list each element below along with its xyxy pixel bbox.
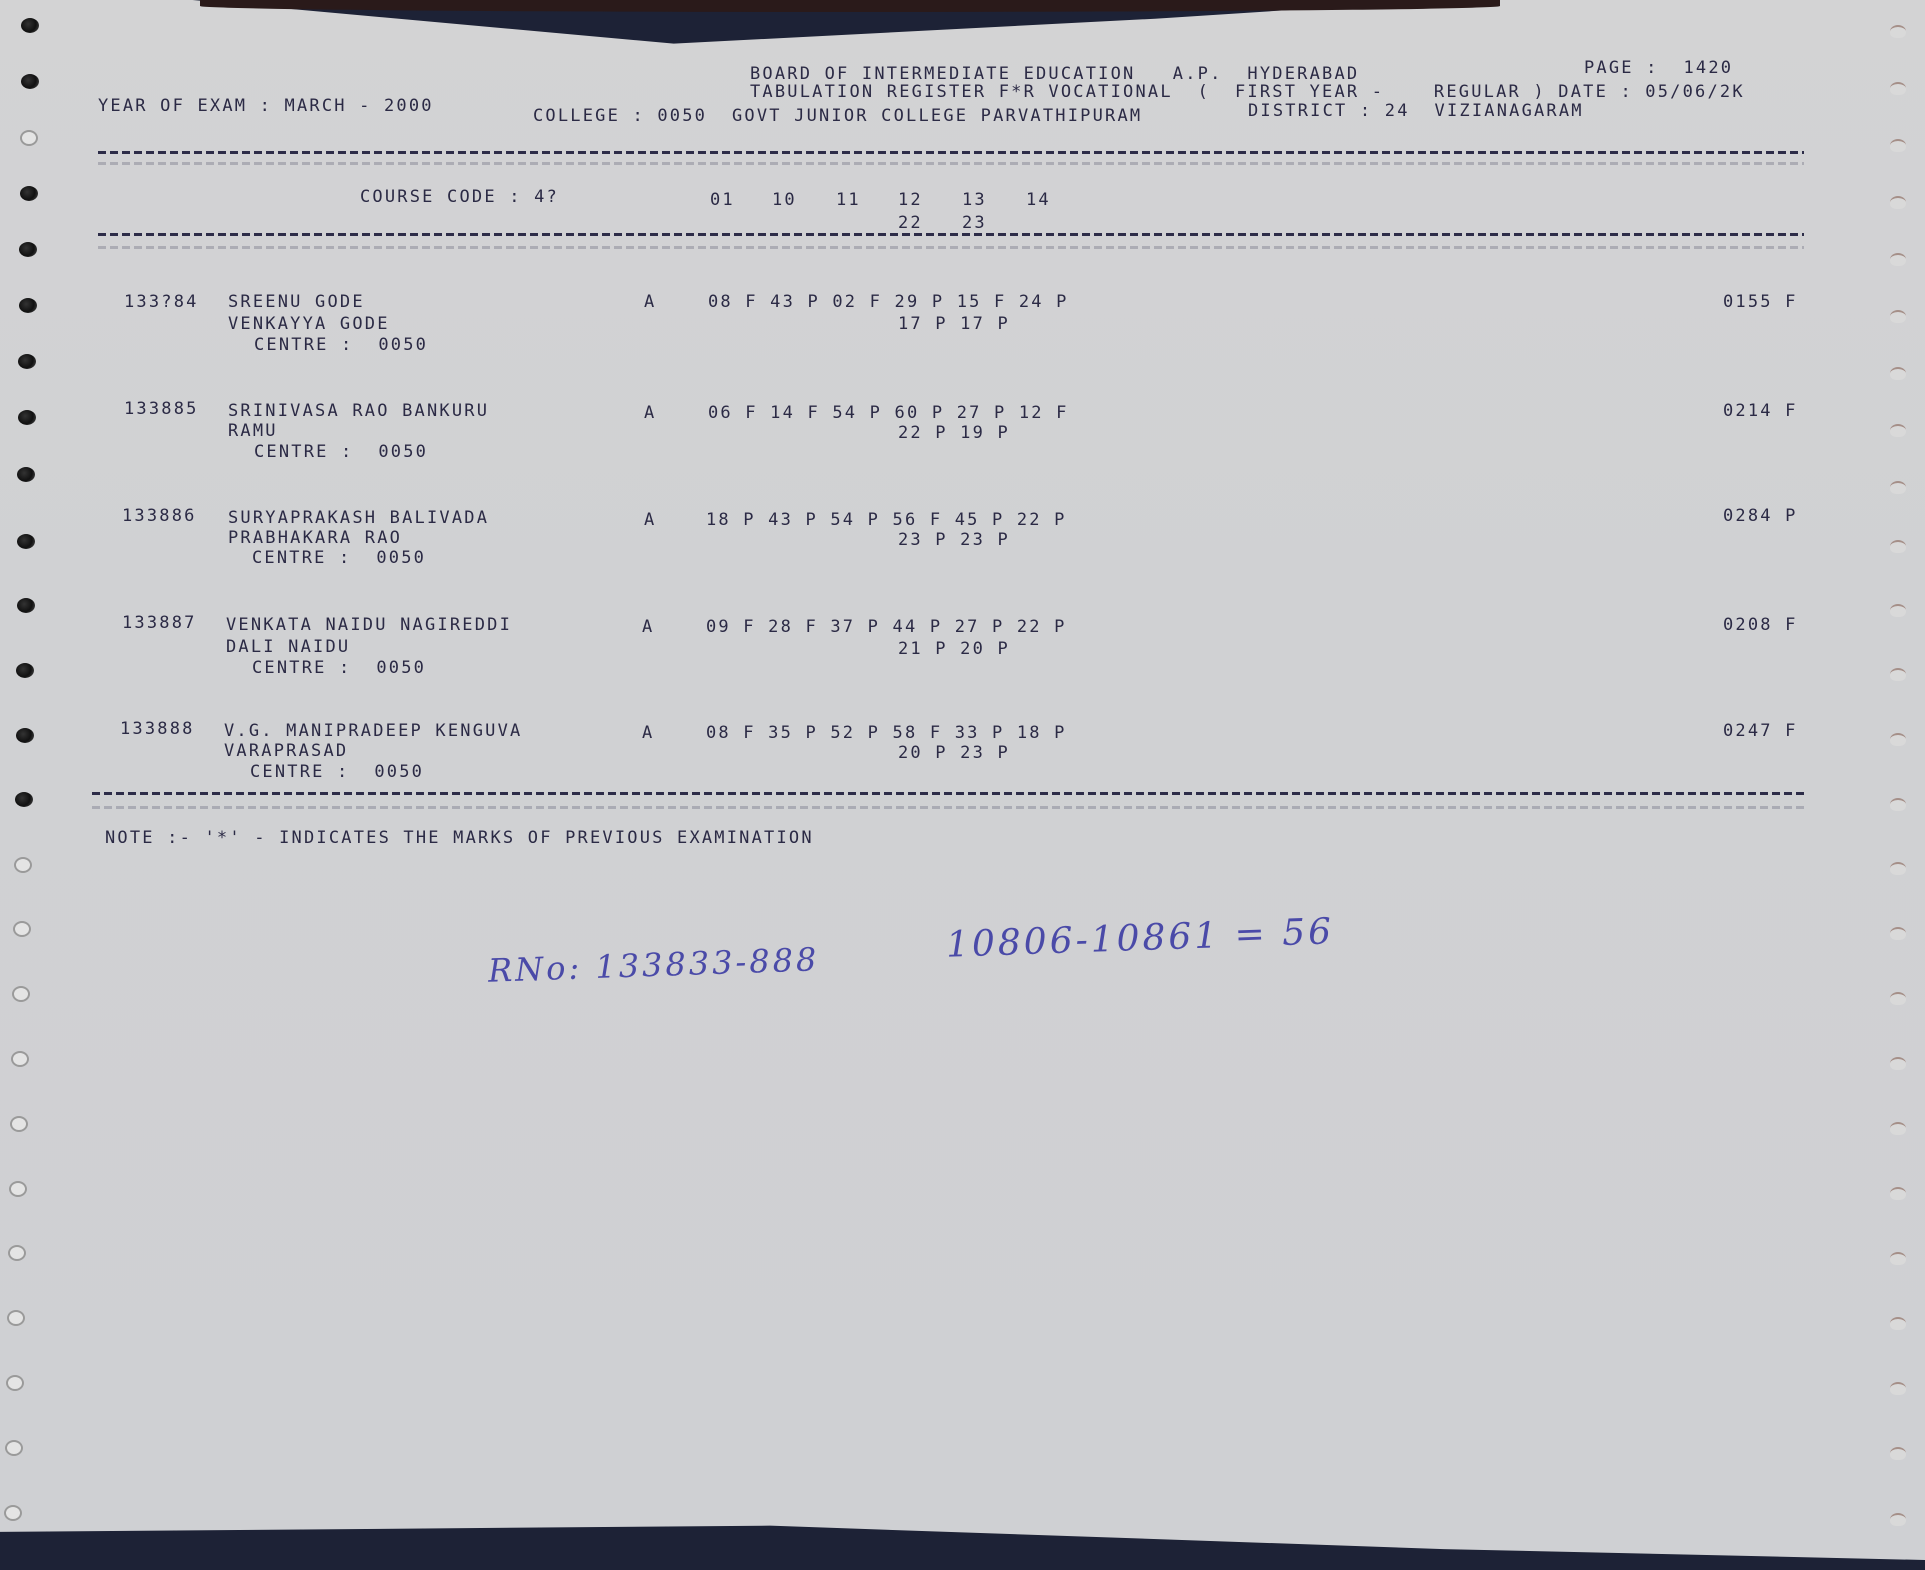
tractor-hole-icon xyxy=(19,242,37,257)
marks-row-1: 08 F 43 P 02 F 29 P 15 F 24 P xyxy=(708,292,1069,312)
tractor-hole-icon xyxy=(1890,253,1906,266)
tractor-hole-icon xyxy=(1890,540,1906,553)
father-name: VARAPRASAD xyxy=(224,741,348,761)
handwritten-roll-range: RNo: 133833-888 xyxy=(487,940,819,990)
tractor-hole-icon xyxy=(11,1051,29,1067)
tractor-hole-icon xyxy=(21,74,39,89)
centre: CENTRE : 0050 xyxy=(252,548,426,568)
roll-number: 133?84 xyxy=(124,292,199,312)
tractor-hole-icon xyxy=(6,1375,24,1391)
father-name: DALI NAIDU xyxy=(226,637,350,657)
marks-row-2: 17 P 17 P xyxy=(898,314,1010,334)
father-name: VENKAYYA GODE xyxy=(228,314,390,334)
student-name: SREENU GODE xyxy=(228,292,365,312)
centre: CENTRE : 0050 xyxy=(254,442,428,462)
roll-number: 133888 xyxy=(120,719,195,739)
tractor-hole-icon xyxy=(1890,1122,1906,1135)
ghost-divider xyxy=(98,162,1804,165)
tractor-hole-icon xyxy=(18,410,36,425)
district-info: DISTRICT : 24 VIZIANAGARAM xyxy=(1248,101,1584,121)
father-name: RAMU xyxy=(228,421,278,441)
marks-row-2: 22 P 19 P xyxy=(898,423,1010,443)
marks-row-1: 09 F 28 F 37 P 44 P 27 P 22 P xyxy=(706,617,1067,637)
tractor-hole-icon xyxy=(12,986,30,1002)
student-name: V.G. MANIPRADEEP KENGUVA xyxy=(224,721,522,741)
total-result: 0214 F xyxy=(1723,401,1798,421)
ghost-divider xyxy=(92,806,1804,809)
category-code: A xyxy=(644,510,656,530)
subject-code-12: 12 xyxy=(898,190,923,210)
course-code: COURSE CODE : 4? xyxy=(360,187,559,207)
page-number: PAGE : 1420 xyxy=(1584,58,1733,78)
subject-code-14: 14 xyxy=(1026,190,1051,210)
student-name: SURYAPRAKASH BALIVADA xyxy=(228,508,489,528)
tractor-hole-icon xyxy=(1890,139,1906,152)
centre: CENTRE : 0050 xyxy=(250,762,424,782)
category-code: A xyxy=(642,723,654,743)
year-of-exam: YEAR OF EXAM : MARCH - 2000 xyxy=(98,96,434,116)
tractor-hole-icon xyxy=(20,130,38,146)
tractor-hole-icon xyxy=(1890,310,1906,323)
tractor-hole-icon xyxy=(5,1440,23,1456)
tractor-hole-icon xyxy=(13,921,31,937)
tractor-hole-icon xyxy=(21,18,39,33)
tabulation-register-sheet: YEAR OF EXAM : MARCH - 2000 BOARD OF INT… xyxy=(0,0,1925,1560)
student-name: SRINIVASA RAO BANKURU xyxy=(228,401,489,421)
tractor-hole-icon xyxy=(10,1116,28,1132)
marks-row-2: 21 P 20 P xyxy=(898,639,1010,659)
tractor-hole-icon xyxy=(1890,25,1906,38)
tractor-hole-icon xyxy=(20,186,38,201)
total-result: 0247 F xyxy=(1723,721,1798,741)
marks-row-2: 23 P 23 P xyxy=(898,530,1010,550)
tractor-hole-icon xyxy=(16,728,34,743)
handwritten-count: 10806-10861 = 56 xyxy=(945,911,1334,966)
total-result: 0155 F xyxy=(1723,292,1798,312)
centre: CENTRE : 0050 xyxy=(252,658,426,678)
tractor-hole-icon xyxy=(1890,604,1906,617)
tractor-hole-icon xyxy=(1890,481,1906,494)
tractor-hole-icon xyxy=(1890,1057,1906,1070)
father-name: PRABHAKARA RAO xyxy=(228,528,402,548)
tractor-hole-icon xyxy=(1890,668,1906,681)
footnote: NOTE :- '*' - INDICATES THE MARKS OF PRE… xyxy=(105,828,814,848)
marks-row-1: 18 P 43 P 54 P 56 F 45 P 22 P xyxy=(706,510,1067,530)
ghost-divider xyxy=(98,246,1804,249)
header-divider xyxy=(98,151,1804,154)
subject-code-22: 22 xyxy=(898,213,923,233)
roll-number: 133885 xyxy=(124,399,199,419)
tractor-hole-icon xyxy=(1890,927,1906,940)
tractor-hole-icon xyxy=(1890,798,1906,811)
subject-code-11: 11 xyxy=(836,190,861,210)
tractor-hole-icon xyxy=(18,354,36,369)
tractor-hole-icon xyxy=(1890,424,1906,437)
total-result: 0284 P xyxy=(1723,506,1798,526)
marks-row-1: 06 F 14 F 54 P 60 P 27 P 12 F xyxy=(708,403,1069,423)
subject-code-13: 13 xyxy=(962,190,987,210)
page-shadow xyxy=(200,0,1500,12)
tractor-hole-icon xyxy=(1890,862,1906,875)
tractor-hole-icon xyxy=(17,467,35,482)
category-code: A xyxy=(644,403,656,423)
student-name: VENKATA NAIDU NAGIREDDI xyxy=(226,615,512,635)
tractor-hole-icon xyxy=(1890,1513,1906,1526)
register-title: TABULATION REGISTER F*R VOCATIONAL ( FIR… xyxy=(750,82,1745,102)
tractor-hole-icon xyxy=(1890,196,1906,209)
tractor-hole-icon xyxy=(1890,1447,1906,1460)
tractor-hole-icon xyxy=(1890,367,1906,380)
footer-divider xyxy=(92,792,1804,795)
tractor-hole-icon xyxy=(1890,1317,1906,1330)
tractor-hole-icon xyxy=(4,1505,22,1521)
marks-row-1: 08 F 35 P 52 P 58 F 33 P 18 P xyxy=(706,723,1067,743)
roll-number: 133886 xyxy=(122,506,197,526)
tractor-hole-icon xyxy=(19,298,37,313)
tractor-hole-icon xyxy=(7,1310,25,1326)
board-title: BOARD OF INTERMEDIATE EDUCATION A.P. HYD… xyxy=(750,64,1359,84)
tractor-hole-icon xyxy=(15,792,33,807)
tractor-hole-icon xyxy=(9,1181,27,1197)
tractor-hole-icon xyxy=(1890,1187,1906,1200)
tractor-hole-icon xyxy=(17,598,35,613)
tractor-hole-icon xyxy=(14,857,32,873)
category-code: A xyxy=(644,292,656,312)
centre: CENTRE : 0050 xyxy=(254,335,428,355)
subject-code-23: 23 xyxy=(962,213,987,233)
subject-code-01: 01 xyxy=(710,190,735,210)
total-result: 0208 F xyxy=(1723,615,1798,635)
tractor-hole-icon xyxy=(8,1245,26,1261)
column-divider xyxy=(98,233,1804,236)
tractor-hole-icon xyxy=(17,534,35,549)
category-code: A xyxy=(642,617,654,637)
roll-number: 133887 xyxy=(122,613,197,633)
tractor-hole-icon xyxy=(1890,992,1906,1005)
subject-code-10: 10 xyxy=(772,190,797,210)
tractor-hole-icon xyxy=(1890,82,1906,95)
tractor-hole-icon xyxy=(16,663,34,678)
tractor-hole-icon xyxy=(1890,1252,1906,1265)
tractor-hole-icon xyxy=(1890,733,1906,746)
tractor-hole-icon xyxy=(1890,1382,1906,1395)
college-info: COLLEGE : 0050 GOVT JUNIOR COLLEGE PARVA… xyxy=(533,106,1142,126)
marks-row-2: 20 P 23 P xyxy=(898,743,1010,763)
